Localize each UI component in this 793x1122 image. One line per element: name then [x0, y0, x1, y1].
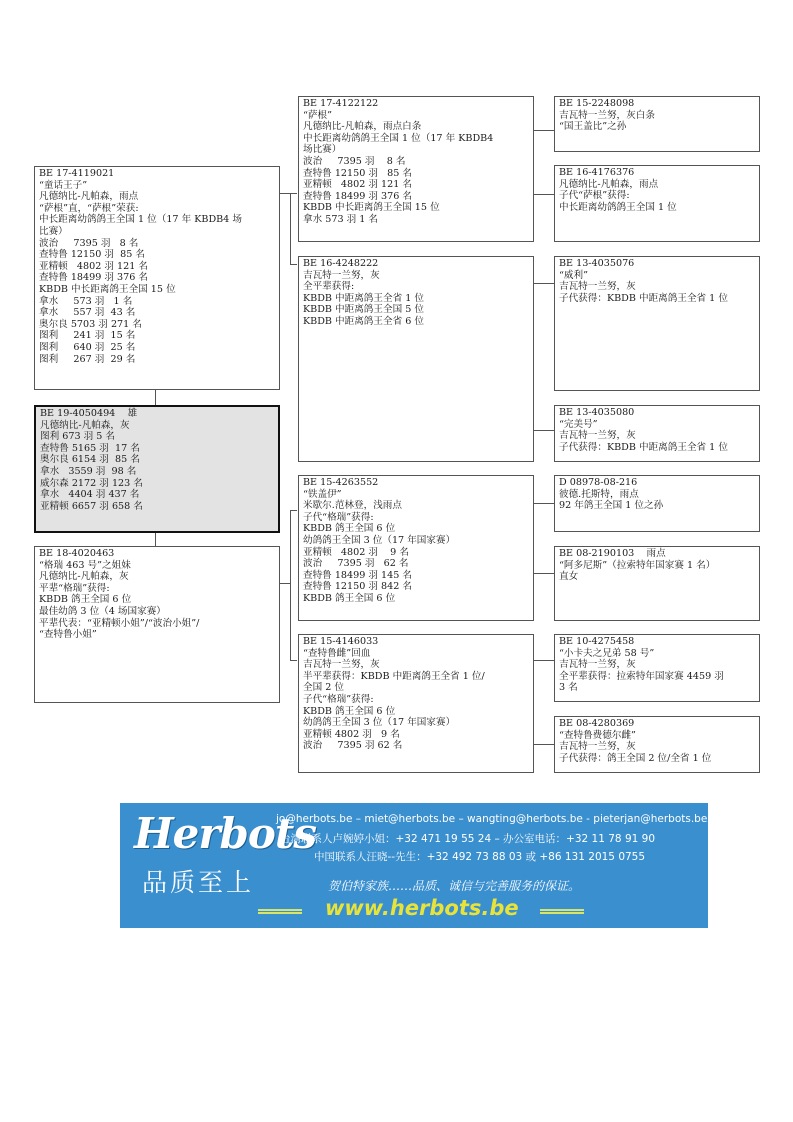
pedigree-text-line: 子代获得：鸽王全国 2 位/全省 1 位 — [559, 753, 755, 765]
pedigree-text-line: 子代“格瑞”获得: — [303, 694, 529, 706]
pedigree-text-line: BE 19-4050494 雄 — [40, 408, 274, 420]
slogan: 贺伯特家族……品质、诚信与完善服务的保证。 — [328, 877, 580, 894]
pedigree-text-line: KBDB 中长距离鸽王全国 15 位 — [39, 284, 275, 296]
pedigree-text-line: 幼鸽鸽王全国 3 位（17 年国家赛） — [303, 717, 529, 729]
pedigree-text-line: 凡德纳比-凡帕森，雨点 — [39, 191, 275, 203]
pedigree-text-line: 波治 7395 羽 62 名 — [303, 740, 529, 752]
pedigree-text-line: “完美号” — [559, 419, 755, 431]
connector-gp4-b — [533, 744, 554, 745]
connector-dam-dam — [290, 660, 297, 661]
pedigree-text-line: 吉瓦特一兰努，灰 — [559, 430, 755, 442]
connector-gp3-b — [533, 573, 554, 574]
pedigree-text-line: BE 18-4020463 — [39, 548, 275, 560]
pedigree-text-line: 子代获得：KBDB 中距离鸽王全省 1 位 — [559, 293, 755, 305]
connector-dam-sire — [290, 510, 297, 511]
connector-gp3-a — [533, 503, 554, 504]
pedigree-text-line: BE 16-4176376 — [559, 167, 755, 179]
dam-card: BE 18-4020463“格瑞 463 号”之姐妹凡德纳比-凡帕森，灰平辈“格… — [34, 546, 280, 703]
connector-sire-dam — [290, 264, 297, 265]
pedigree-text-line: BE 15-2248098 — [559, 98, 755, 110]
pedigree-text-line: 凡德纳比-凡帕森，雨点白条 — [303, 121, 529, 133]
pedigree-text-line: 凡德纳比-凡帕森，灰 — [39, 571, 275, 583]
pedigree-text-line: 拿水 4404 羽 437 名 — [40, 489, 274, 501]
pedigree-text-line: 图利 267 羽 29 名 — [39, 354, 275, 366]
connector-gp1-b — [533, 194, 554, 195]
pedigree-text-line: 平辈代表：“亚精顿小姐”/“波治小姐”/ — [39, 618, 275, 630]
pedigree-text-line: 凡德纳比-凡帕森，灰 — [40, 420, 274, 432]
pedigree-text-line: 亚精顿 6657 羽 658 名 — [40, 501, 274, 513]
pedigree-text-line: BE 08-4280369 — [559, 718, 755, 730]
pedigree-text-line: 亚精顿 4802 羽 121 名 — [303, 179, 529, 191]
connector-subject-dam — [155, 532, 156, 547]
connector-dam-right — [279, 583, 290, 584]
pedigree-text-line: 波治 7395 羽 8 名 — [303, 156, 529, 168]
accent-line-right — [540, 909, 584, 914]
pedigree-text-line: “格瑞 463 号”之姐妹 — [39, 560, 275, 572]
pedigree-text-line: BE 10-4275458 — [559, 636, 755, 648]
pedigree-text-line: “威利” — [559, 270, 755, 282]
connector-sire-bracket — [290, 193, 291, 264]
pedigree-text-line: BE 17-4122122 — [303, 98, 529, 110]
pedigree-text-line: 图利 241 羽 15 名 — [39, 330, 275, 342]
pedigree-text-line: 子代获得：KBDB 中距离鸽王全省 1 位 — [559, 442, 755, 454]
pedigree-text-line: 吉瓦特一兰努，灰 — [559, 281, 755, 293]
pedigree-text-line: 全国 2 位 — [303, 682, 529, 694]
pedigree-text-line: BE 15-4146033 — [303, 636, 529, 648]
dam-dam-card: BE 15-4146033“查特鲁雌”回血吉瓦特一兰努，灰半平辈获得：KBDB … — [298, 634, 534, 773]
pedigree-text-line: 吉瓦特一兰努，灰白条 — [559, 110, 755, 122]
great-grandparent-card-6: BE 08-2190103 雨点“阿多尼斯”（拉索特年国家赛 1 名）直女 — [554, 546, 760, 621]
pedigree-text-line: 拿水 3559 羽 98 名 — [40, 466, 274, 478]
pedigree-text-line: 直女 — [559, 571, 755, 583]
pedigree-text-line: 查特鲁 12150 羽 842 名 — [303, 581, 529, 593]
pedigree-text-line: “童话王子” — [39, 180, 275, 192]
pedigree-text-line: “查特鲁费德尔雌” — [559, 730, 755, 742]
connector-gp1-a — [533, 130, 554, 131]
connector-sire-subject — [155, 390, 156, 406]
pedigree-text-line: 幼鸽鸽王全国 3 位（17 年国家赛） — [303, 535, 529, 547]
pedigree-text-line: 3 名 — [559, 682, 755, 694]
pedigree-text-line: 全平辈获得：拉索特年国家赛 4459 羽 — [559, 671, 755, 683]
china-contact: 中国联系人汪晓--先生：+32 492 73 88 03 或 +86 131 2… — [314, 849, 645, 864]
great-grandparent-card-2: BE 16-4176376凡德纳比-凡帕森，雨点子代“萨根”获得:中长距离幼鸽鸽… — [554, 165, 760, 242]
pedigree-text-line: 吉瓦特一兰努，灰 — [559, 741, 755, 753]
contact-emails[interactable]: jo@herbots.be – miet@herbots.be – wangti… — [276, 813, 707, 825]
pedigree-text-line: 半平辈获得：KBDB 中距离鸽王全省 1 位/ — [303, 671, 529, 683]
pedigree-text-line: 亚精顿 4802 羽 9 名 — [303, 729, 529, 741]
pedigree-text-line: KBDB 中距离鸽王全国 5 位 — [303, 304, 529, 316]
pedigree-text-line: 米歇尔.范林登，浅雨点 — [303, 500, 529, 512]
pedigree-text-line: 凡德纳比-凡帕森，雨点 — [559, 179, 755, 191]
website-link[interactable]: www.herbots.be — [325, 896, 519, 920]
connector-gp2-b — [533, 430, 554, 431]
pedigree-text-line: BE 13-4035080 — [559, 407, 755, 419]
great-grandparent-card-7: BE 10-4275458“小卡夫之兄弟 58 号”吉瓦特一兰努，灰全平辈获得：… — [554, 634, 760, 702]
pedigree-text-line: “阿多尼斯”（拉索特年国家赛 1 名） — [559, 560, 755, 572]
pedigree-text-line: 威尔森 2172 羽 123 名 — [40, 478, 274, 490]
pedigree-text-line: KBDB 鸽王全国 6 位 — [303, 706, 529, 718]
pedigree-text-line: 最佳幼鸽 3 位（4 场国家赛） — [39, 606, 275, 618]
pedigree-text-line: “国王盖比”之孙 — [559, 121, 755, 133]
pedigree-text-line: 拿水 557 羽 43 名 — [39, 307, 275, 319]
pedigree-text-line: “萨根” — [303, 110, 529, 122]
great-grandparent-card-1: BE 15-2248098吉瓦特一兰努，灰白条“国王盖比”之孙 — [554, 96, 760, 152]
pedigree-text-line: 波治 7395 羽 62 名 — [303, 558, 529, 570]
pedigree-text-line: BE 16-4248222 — [303, 258, 529, 270]
pedigree-text-line: 吉瓦特一兰努，灰 — [303, 659, 529, 671]
pedigree-text-line: “铁盖伊” — [303, 489, 529, 501]
pedigree-text-line: BE 08-2190103 雨点 — [559, 548, 755, 560]
taiwan-contact: 台湾联系人卢婉婷小姐：+32 471 19 55 24 – 办公室电话：+32 … — [280, 831, 655, 846]
pedigree-text-line: 奥尔良 5703 羽 271 名 — [39, 319, 275, 331]
pedigree-text-line: BE 17-4119021 — [39, 168, 275, 180]
pedigree-text-line: 中长距离幼鸽鸽王全国 1 位（17 年 KBDB4 — [303, 133, 529, 145]
great-grandparent-card-4: BE 13-4035080“完美号”吉瓦特一兰努，灰子代获得：KBDB 中距离鸽… — [554, 405, 760, 462]
pedigree-text-line: KBDB 鸽王全国 6 位 — [39, 594, 275, 606]
pedigree-text-line: 查特鲁 18499 羽 145 名 — [303, 570, 529, 582]
pedigree-text-line: 查特鲁 5165 羽 17 名 — [40, 443, 274, 455]
pedigree-text-line: 吉瓦特一兰努，灰 — [303, 270, 529, 282]
pedigree-text-line: KBDB 中距离鸽王全省 6 位 — [303, 316, 529, 328]
pedigree-text-line: 92 年鸽王全国 1 位之孙 — [559, 500, 755, 512]
pedigree-text-line: KBDB 鸽王全国 6 位 — [303, 593, 529, 605]
pedigree-text-line: 查特鲁 18499 羽 376 名 — [39, 272, 275, 284]
great-grandparent-card-5: D 08978-08-216彼德.托斯特，雨点92 年鸽王全国 1 位之孙 — [554, 475, 760, 532]
connector-gp2-a — [533, 283, 554, 284]
herbots-banner: Herbots 品质至上 jo@herbots.be – miet@herbot… — [120, 803, 708, 928]
pedigree-text-line: 平辈“格瑞”获得: — [39, 583, 275, 595]
pedigree-text-line: KBDB 鸽王全国 6 位 — [303, 523, 529, 535]
sire-sire-card: BE 17-4122122“萨根”凡德纳比-凡帕森，雨点白条中长距离幼鸽鸽王全国… — [298, 96, 534, 242]
pedigree-text-line: 图利 640 羽 25 名 — [39, 342, 275, 354]
pedigree-text-line: 图利 673 羽 5 名 — [40, 431, 274, 443]
sire-dam-card: BE 16-4248222吉瓦特一兰努，灰全平辈获得:KBDB 中距离鸽王全省 … — [298, 256, 534, 462]
pedigree-text-line: BE 15-4263552 — [303, 477, 529, 489]
great-grandparent-card-8: BE 08-4280369“查特鲁费德尔雌”吉瓦特一兰努，灰子代获得：鸽王全国 … — [554, 716, 760, 773]
pedigree-text-line: “小卡夫之兄弟 58 号” — [559, 648, 755, 660]
great-grandparent-card-3: BE 13-4035076“威利”吉瓦特一兰努，灰子代获得：KBDB 中距离鸽王… — [554, 256, 760, 391]
logo-tagline: 品质至上 — [142, 863, 254, 899]
connector-sire-sire — [279, 193, 297, 194]
pedigree-text-line: KBDB 中距离鸽王全省 1 位 — [303, 293, 529, 305]
connector-gp4-a — [533, 660, 554, 661]
pedigree-text-line: 奥尔良 6154 羽 85 名 — [40, 454, 274, 466]
subject-pigeon-card: BE 19-4050494 雄凡德纳比-凡帕森，灰图利 673 羽 5 名查特鲁… — [34, 405, 280, 533]
pedigree-text-line: 子代“格瑞”获得: — [303, 512, 529, 524]
pedigree-text-line: “萨根”直，“萨根”荣获: — [39, 203, 275, 215]
pedigree-text-line: BE 13-4035076 — [559, 258, 755, 270]
dam-sire-card: BE 15-4263552“铁盖伊”米歇尔.范林登，浅雨点子代“格瑞”获得:KB… — [298, 475, 534, 621]
pedigree-text-line: “查特鲁小姐” — [39, 629, 275, 641]
pedigree-text-line: 查特鲁 12150 羽 85 名 — [39, 249, 275, 261]
pedigree-text-line: 亚精顿 4802 羽 9 名 — [303, 547, 529, 559]
pedigree-text-line: “查特鲁雌”回血 — [303, 648, 529, 660]
pedigree-text-line: KBDB 中长距离鸽王全国 15 位 — [303, 202, 529, 214]
pedigree-text-line: 拿水 573 羽 1 名 — [39, 296, 275, 308]
pedigree-text-line: 拿水 573 羽 1 名 — [303, 214, 529, 226]
pedigree-text-line: 子代“萨根”获得: — [559, 190, 755, 202]
pedigree-text-line: 亚精顿 4802 羽 121 名 — [39, 261, 275, 273]
pedigree-text-line: 查特鲁 12150 羽 85 名 — [303, 168, 529, 180]
pedigree-text-line: 场比赛） — [303, 144, 529, 156]
pedigree-text-line: 波治 7395 羽 8 名 — [39, 238, 275, 250]
pedigree-text-line: 中长距离幼鸽鸽王全国 1 位 — [559, 202, 755, 214]
connector-dam-bracket — [290, 510, 291, 660]
pedigree-text-line: 比赛） — [39, 226, 275, 238]
pedigree-text-line: 彼德.托斯特，雨点 — [559, 489, 755, 501]
pedigree-text-line: 全平辈获得: — [303, 281, 529, 293]
pedigree-text-line: 查特鲁 18499 羽 376 名 — [303, 191, 529, 203]
pedigree-text-line: 吉瓦特一兰努，灰 — [559, 659, 755, 671]
pedigree-text-line: D 08978-08-216 — [559, 477, 755, 489]
accent-line-left — [258, 909, 302, 914]
sire-card: BE 17-4119021“童话王子”凡德纳比-凡帕森，雨点“萨根”直，“萨根”… — [34, 166, 280, 390]
pedigree-text-line: 中长距离幼鸽鸽王全国 1 位（17 年 KBDB4 场 — [39, 214, 275, 226]
